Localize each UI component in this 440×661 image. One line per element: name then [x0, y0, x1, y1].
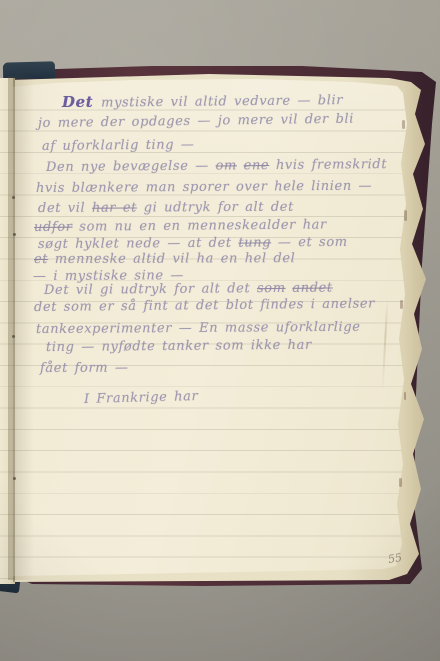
struck-word: udfor	[34, 220, 73, 235]
struck-word: ene	[244, 158, 270, 173]
handwriting-line: hvis blænkere man sporer over hele linie…	[36, 179, 372, 196]
handwriting-line: søgt hyklet nede — at det tung — et som	[38, 235, 348, 252]
handwriting-text: som nu en en menneskealder har	[72, 217, 326, 234]
handwriting-line: ting — nyfødte tanker som ikke har	[46, 338, 312, 355]
photograph-of-notebook: Det mystiske vil altid vedvare — blirjo …	[0, 0, 440, 661]
handwriting-text: tankeexperimenter — En masse uforklarlig…	[36, 320, 361, 337]
handwriting-text: gi udtryk for alt det	[137, 200, 294, 216]
handwriting-line: et menneske altid vil ha en hel del	[34, 251, 295, 267]
handwriting-text: Den nye bevægelse —	[46, 159, 216, 175]
handwriting-line: af uforklarlig ting —	[42, 137, 195, 154]
struck-word: tung	[238, 235, 271, 250]
struck-word: har et	[92, 200, 137, 215]
handwriting-text: det vil	[38, 201, 92, 216]
handwriting-text: mystiske vil altid vedvare — blir	[101, 93, 343, 111]
handwriting-text: hvis fremskridt	[269, 157, 387, 173]
handwriting-text: ting — nyfødte tanker som ikke har	[46, 338, 312, 355]
struck-word: som	[257, 281, 286, 296]
handwriting-text: Det vil gi udtryk for alt det	[44, 281, 257, 298]
handwriting-text: fået form —	[40, 361, 129, 376]
struck-word: om	[215, 158, 236, 173]
handwriting-text: I Frankrige har	[84, 389, 199, 407]
handwriting-line: fået form —	[40, 361, 129, 376]
handwriting-text: søgt hyklet nede — at det	[38, 236, 239, 252]
handwriting-line: udfor som nu en en menneskealder har	[34, 217, 327, 235]
handwriting-line: I Frankrige har	[84, 389, 199, 407]
struck-word: andet	[292, 280, 333, 295]
handwriting-line: Det vil gi udtryk for alt det som andet	[44, 280, 333, 298]
handwriting-line: tankeexperimenter — En masse uforklarlig…	[36, 320, 361, 337]
handwriting-text: jo mere der opdages — jo mere vil der bl…	[38, 112, 354, 131]
handwriting-text: menneske altid vil ha en hel del	[48, 251, 295, 267]
handwriting: Det mystiske vil altid vedvare — blirjo …	[0, 0, 440, 661]
handwriting-line: det som er så fint at det blot findes i …	[34, 296, 375, 315]
handwriting-line: Det mystiske vil altid vedvare — blir	[62, 90, 343, 111]
handwriting-text: — et som	[271, 235, 348, 251]
handwriting-line: Den nye bevægelse — om ene hvis fremskri…	[46, 157, 387, 175]
emphasized-word: Det	[62, 93, 101, 111]
handwriting-text: hvis blænkere man sporer over hele linie…	[36, 179, 372, 196]
handwriting-line: det vil har et gi udtryk for alt det	[38, 200, 294, 216]
handwriting-text: af uforklarlig ting —	[42, 137, 195, 154]
handwriting-line: jo mere der opdages — jo mere vil der bl…	[38, 112, 354, 131]
page-number: 55	[387, 551, 403, 566]
struck-word: et	[34, 252, 48, 267]
handwriting-text: det som er så fint at det blot findes i …	[34, 296, 375, 315]
